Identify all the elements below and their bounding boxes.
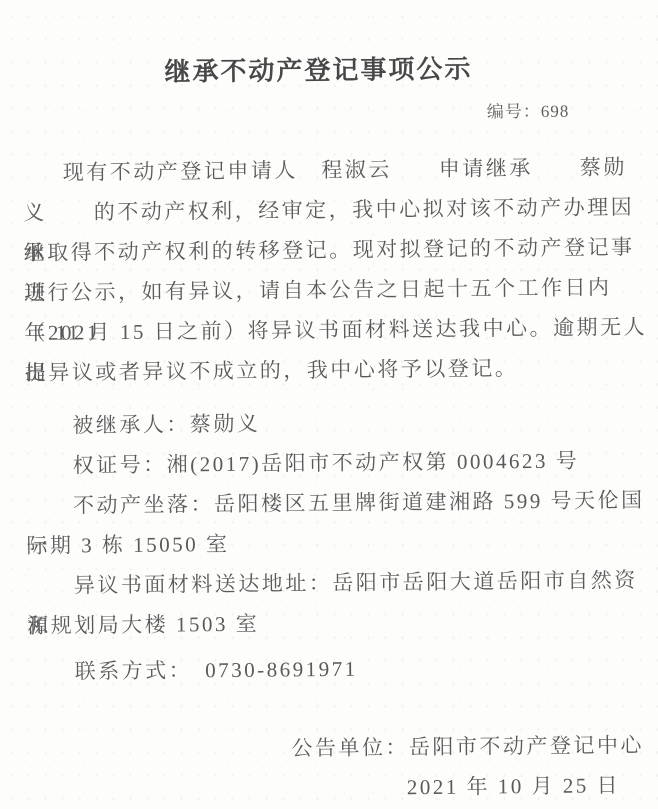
body-line-5: 年 11 月 15 日之前）将异议书面材料送达我中心。逾期无人提 (24, 307, 649, 353)
detail-property-location-2: 一期 3 栋 15050 室 (26, 520, 651, 566)
detail-property-location-1: 不动产坐落：岳阳楼区五里牌街道建湘路 599 号天伦国际 (26, 480, 651, 526)
body-line-2: 义 的不动产权利，经审定，我中心拟对该不动产办理因继 (23, 187, 648, 233)
detail-certificate-number: 权证号：湘(2017)岳阳市不动产权第 0004623 号 (25, 440, 650, 486)
detail-decedent: 被继承人：蔡勋义 (25, 400, 650, 446)
body-line-3: 承取得不动产权利的转移登记。现对拟登记的不动产登记事项 (23, 227, 648, 273)
footer-date: 2021 年 10 月 25 日 (407, 765, 654, 807)
body-line-1: 现有不动产登记申请人 程淑云 申请继承 蔡勋 (23, 147, 648, 193)
detail-objection-address-2: 和规划局大楼 1503 室 (27, 600, 652, 646)
scanned-notice-page: 继承不动产登记事项公示 编号：698 现有不动产登记申请人 程淑云 申请继承 蔡… (0, 0, 658, 809)
body-line-6: 出异议或者异议不成立的，我中心将予以登记。 (25, 347, 650, 393)
notice-title: 继承不动产登记事项公示 (6, 51, 631, 91)
body-line-4: 进行公示，如有异议，请自本公告之日起十五个工作日内（2021 (24, 267, 649, 313)
doc-number: 编号：698 (22, 99, 647, 129)
detail-contact-phone: 联系方式： 0730-8691971 (27, 646, 652, 692)
footer-issuer: 公告单位：岳阳市不动产登记中心 (291, 725, 653, 768)
document-content: 继承不动产登记事项公示 编号：698 现有不动产登记申请人 程淑云 申请继承 蔡… (0, 51, 658, 809)
detail-objection-address-1: 异议书面材料送达地址：岳阳市岳阳大道岳阳市自然资源 (27, 560, 652, 606)
